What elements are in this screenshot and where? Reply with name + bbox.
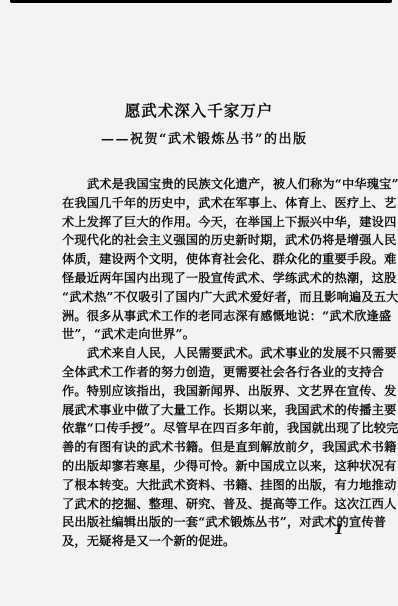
text-line: 依靠“口传手授”。尽管早在四百多年前，我国就出现了比较完 (62, 419, 358, 438)
text-line: 术上发挥了巨大的作用。今天，在举国上下振兴中华，建设四 (62, 213, 358, 232)
text-line: 展武术事业中做了大量工作。长期以来，我国武术的传播主要 (62, 401, 358, 420)
text-line: 怪最近两年国内出现了一股宣传武术、学练武术的热潮，这股 (62, 269, 358, 288)
text-line: 了根本转变。大批武术资料、书籍、挂图的出版，有力地推动 (62, 476, 358, 495)
text-line: “武术热”不仅吸引了国内广大武术爱好者，而且影响遍及五大 (62, 288, 358, 307)
page-number: 1 (334, 522, 344, 538)
text-line: 体质，建设两个文明，使体育社会化、群众化的重要手段。难 (62, 250, 358, 269)
text-line: 了武术的挖掘、整理、研究、普及、提高等工作。这次江西人 (62, 495, 358, 514)
text-line: 武术来自人民，人民需要武术。武术事业的发展不只需要 (62, 344, 358, 363)
text-line: 善的有图有诀的武术书籍。但是直到解放前夕，我国武术书籍 (62, 438, 358, 457)
text-line: 世”，“武术走向世界”。 (62, 325, 358, 344)
page-subtitle: ——祝贺“武术锻炼丛书”的出版 (101, 128, 307, 147)
page-title: 愿武术深入千家万户 (0, 99, 398, 121)
document-page: 愿武术深入千家万户 ——祝贺“武术锻炼丛书”的出版 武术是我国宝贵的民族文化遗产… (0, 0, 398, 606)
text-line: 全体武术工作者的努力创造，更需要社会各行各业的支持合 (62, 363, 358, 382)
body-text: 武术是我国宝贵的民族文化遗产，被人们称为“中华瑰宝”。 在我国几千年的历史中，武… (62, 175, 358, 551)
text-line: 的出版却寥若寒星，少得可怜。新中国成立以来，这种状况有 (62, 457, 358, 476)
text-line: 民出版社编辑出版的一套“武术锻炼丛书”，对武术的宣传普 (62, 513, 358, 532)
text-line: 及，无疑将是又一个新的促进。 (62, 532, 358, 551)
text-line: 在我国几千年的历史中，武术在军事上、体育上、医疗上、艺 (62, 194, 358, 213)
text-line: 武术是我国宝贵的民族文化遗产，被人们称为“中华瑰宝”。 (62, 175, 358, 194)
text-line: 作。特别应该指出，我国新闻界、出版界、文艺界在宣传、发 (62, 382, 358, 401)
text-line: 个现代化的社会主义强国的历史新时期，武术仍将是增强人民 (62, 231, 358, 250)
text-line: 洲。很多从事武术工作的老同志深有感慨地说：“武术欣逢盛 (62, 307, 358, 326)
